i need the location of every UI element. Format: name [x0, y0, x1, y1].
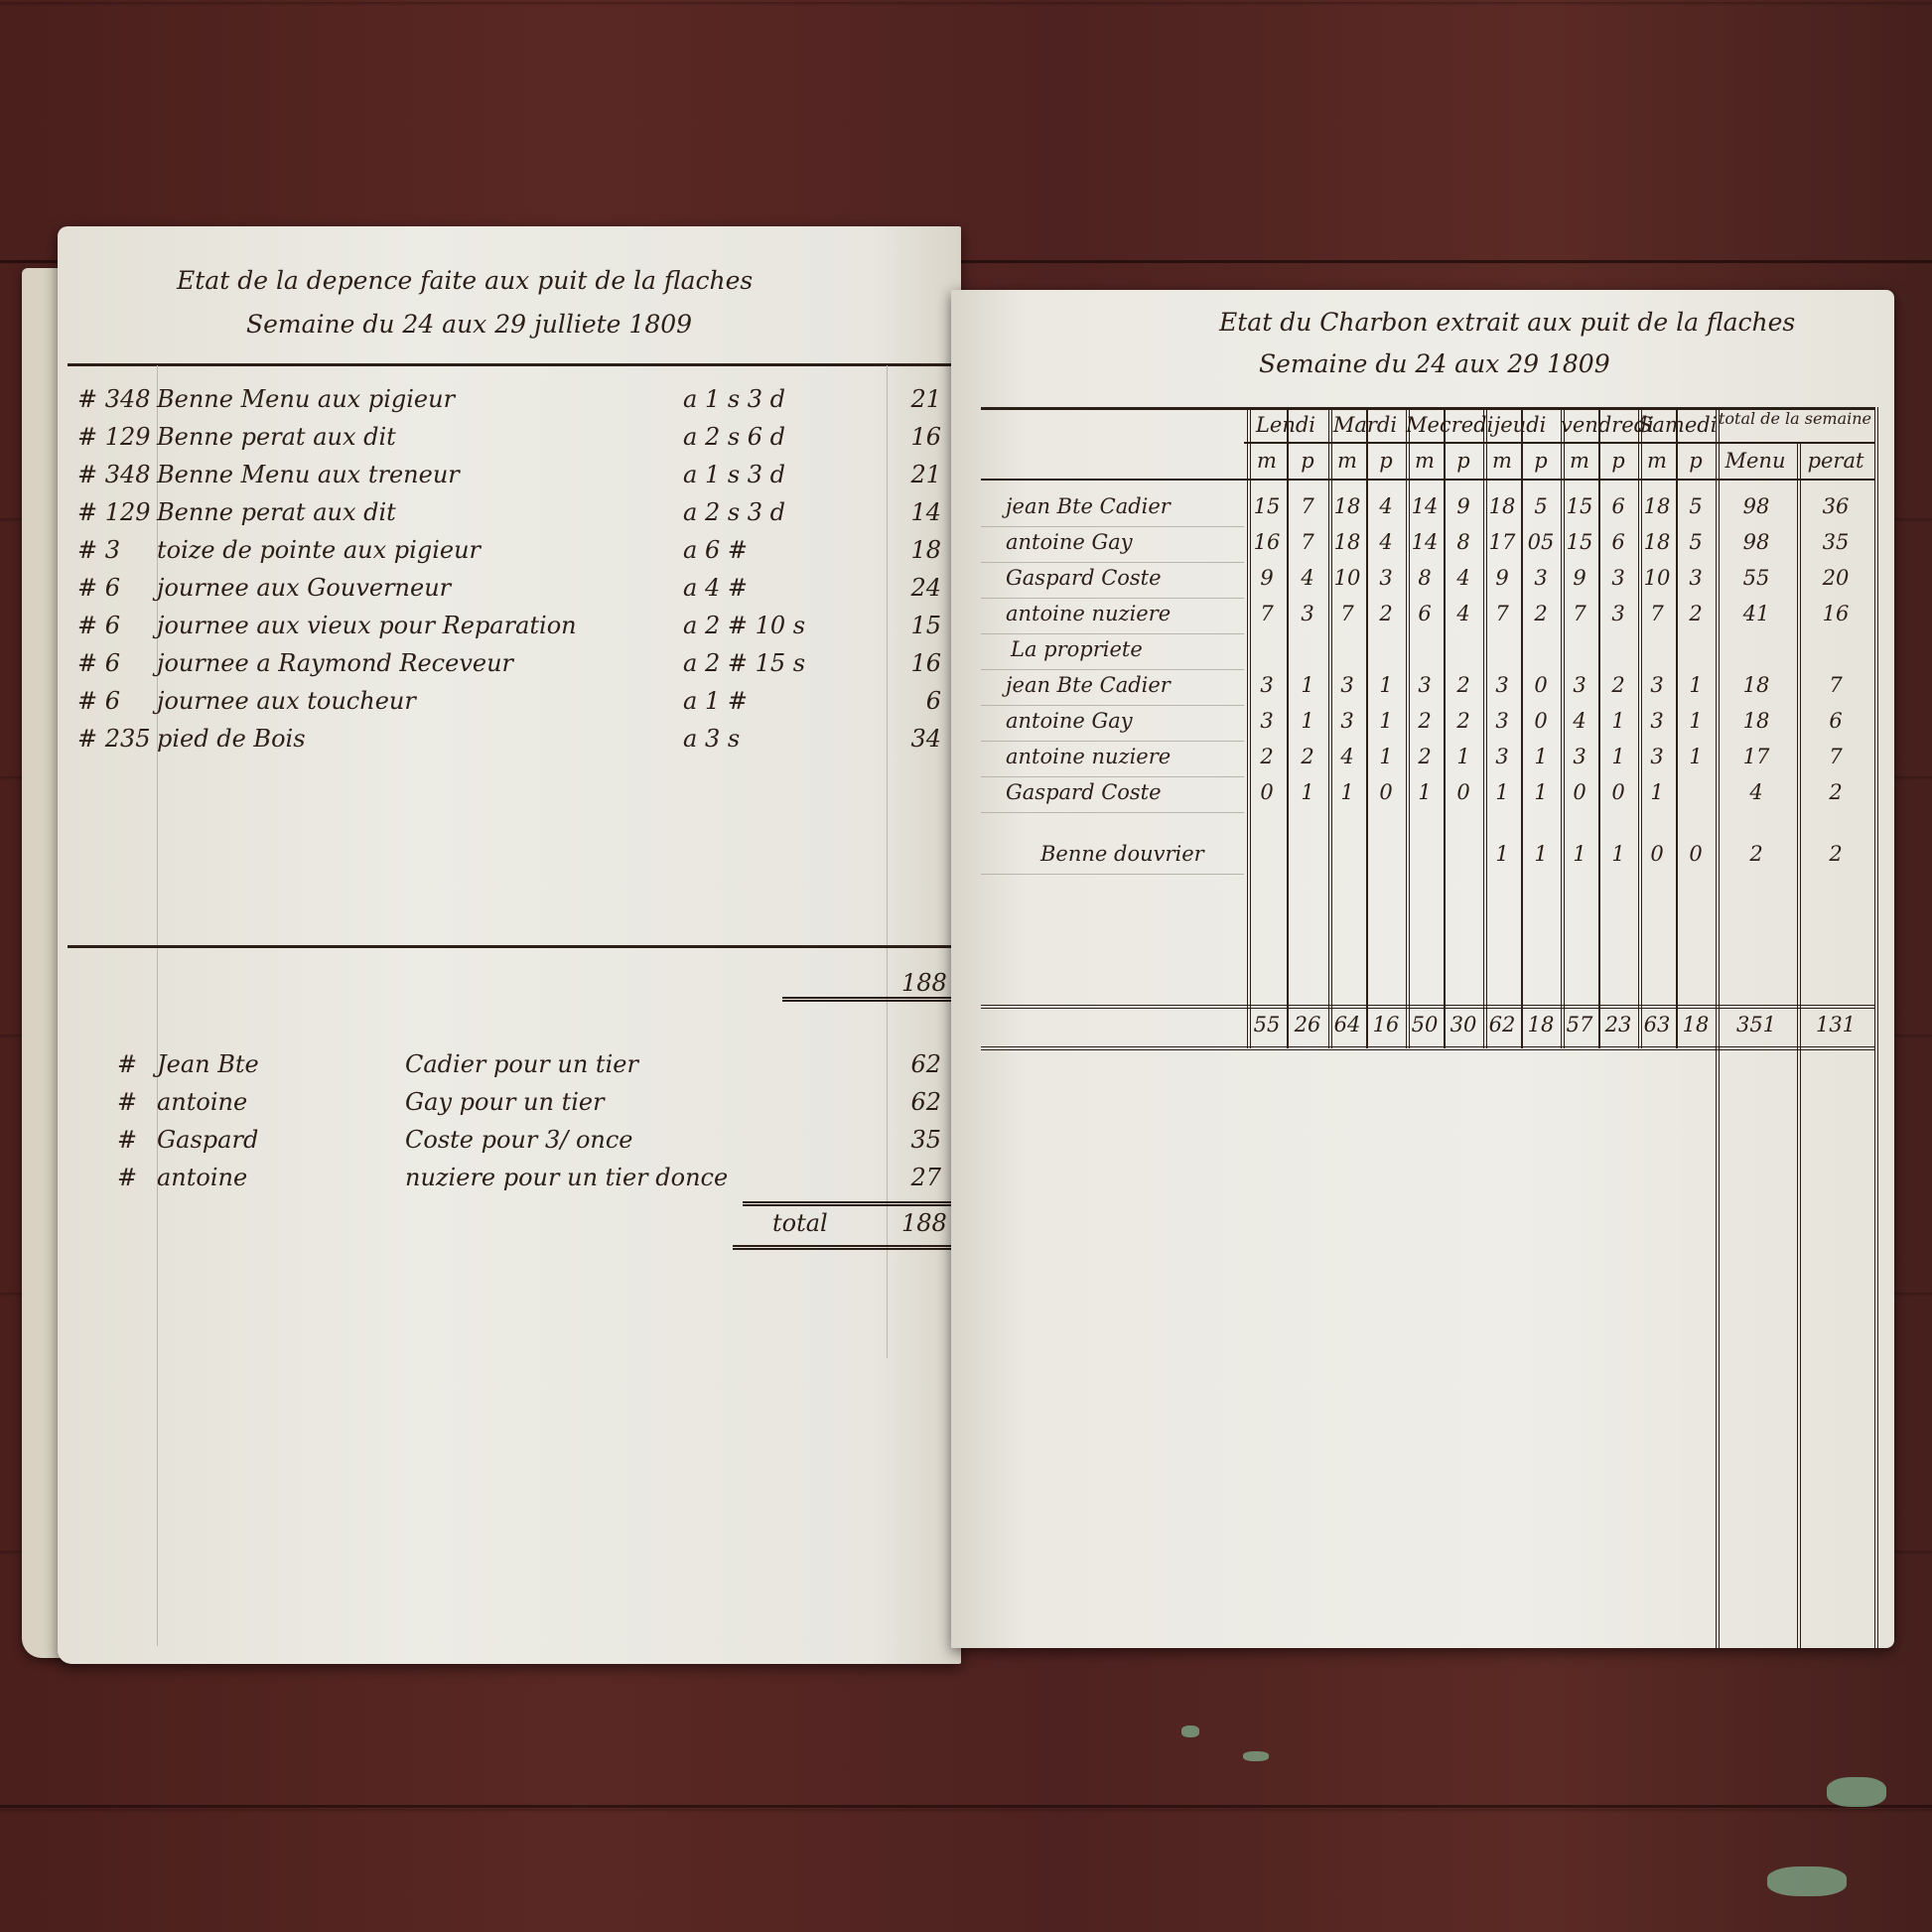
row-total-perat: 2: [1797, 842, 1874, 866]
row-value: 3: [1598, 566, 1638, 590]
row-value: 3: [1328, 673, 1366, 697]
row-value: 15: [1561, 494, 1598, 518]
row-total-menu: 2: [1716, 842, 1797, 866]
entry-row: # 6 journee aux vieux pour Reparation a …: [77, 612, 951, 647]
row-value: 8: [1444, 530, 1483, 554]
entry-desc: journee aux vieux pour Reparation: [157, 612, 577, 639]
row-total-menu: 98: [1716, 494, 1797, 518]
row-value: 0: [1521, 709, 1561, 733]
subheader-m: m: [1561, 449, 1598, 473]
entry-row: # 348 Benne Menu aux pigieur a 1 s 3 d 2…: [77, 385, 951, 421]
paint-fleck: [1827, 1777, 1886, 1807]
row-value: 2: [1287, 745, 1328, 768]
payment-row: # Jean Bte Cadier pour un tier 62 17: [77, 1050, 951, 1086]
entry-rate: a 1 #: [683, 687, 748, 715]
row-name: antoine Gay: [1006, 530, 1133, 554]
row-value: 2: [1598, 673, 1638, 697]
row-value: 2: [1366, 602, 1406, 625]
subtotal-amount: 188: [901, 969, 941, 997]
entry-row: # 6 journee aux Gouverneur a 4 # 24: [77, 574, 951, 610]
subheader-p: p: [1676, 449, 1716, 473]
subheader-m: m: [1328, 449, 1366, 473]
left-page-week: Semaine du 24 aux 29 julliete 1809: [246, 310, 692, 339]
subheader-p: p: [1598, 449, 1638, 473]
entry-qty: # 6: [77, 574, 157, 602]
row-name: La propriete: [1011, 637, 1143, 661]
row-value: 4: [1366, 530, 1406, 554]
row-total-menu: 18: [1716, 709, 1797, 733]
entry-desc: Benne perat aux dit: [157, 423, 396, 451]
row-total-perat: 7: [1797, 745, 1874, 768]
total-amount: 188: [901, 1209, 941, 1237]
row-value: 1: [1287, 673, 1328, 697]
entry-desc: Benne Menu aux pigieur: [157, 385, 455, 413]
payment-first-name: antoine: [157, 1088, 247, 1116]
subheader-m: m: [1483, 449, 1521, 473]
row-rule: [981, 562, 1244, 563]
row-total-menu: 98: [1716, 530, 1797, 554]
row-rule: [981, 705, 1244, 706]
row-value: 18: [1638, 530, 1676, 554]
total-value: 63: [1638, 1013, 1676, 1036]
entry-qty: # 6: [77, 687, 157, 715]
header-bottom-rule: [981, 479, 1874, 481]
row-value: 6: [1598, 530, 1638, 554]
subheader-m: m: [1406, 449, 1444, 473]
row-total-perat: 6: [1797, 709, 1874, 733]
entry-row: # 6 journee aux toucheur a 1 # 6: [77, 687, 951, 723]
header-day-saturday: Samedi: [1638, 413, 1712, 437]
row-value: 2: [1247, 745, 1287, 768]
right-page-week: Semaine du 24 aux 29 1809: [1259, 349, 1610, 378]
total-value: 26: [1287, 1013, 1328, 1036]
row-value: 4: [1561, 709, 1598, 733]
row-total-menu: 4: [1716, 780, 1797, 804]
row-name: Gaspard Coste: [1006, 566, 1162, 590]
row-rule: [981, 741, 1244, 742]
row-value: 3: [1638, 673, 1676, 697]
entry-amount: 6: [901, 687, 941, 715]
row-value: 18: [1328, 494, 1366, 518]
entry-desc: journee aux toucheur: [157, 687, 416, 715]
row-value: 0: [1247, 780, 1287, 804]
entry-rate: a 1 s 3 d: [683, 461, 785, 488]
column-line: [1874, 407, 1878, 1648]
grand-total-perat: 131: [1797, 1013, 1874, 1036]
row-value: 4: [1444, 566, 1483, 590]
wood-plank-seam: [0, 1805, 1932, 1808]
total-value: 30: [1444, 1013, 1483, 1036]
total-value: 55: [1247, 1013, 1287, 1036]
total-value: 50: [1406, 1013, 1444, 1036]
row-total-perat: 35: [1797, 530, 1874, 554]
total-value: 23: [1598, 1013, 1638, 1036]
entry-qty: # 348: [77, 461, 157, 488]
row-value: 6: [1406, 602, 1444, 625]
subheader-p: p: [1444, 449, 1483, 473]
row-value: 0: [1638, 842, 1676, 866]
payment-first-name: Jean Bte: [157, 1050, 259, 1078]
row-value: 8: [1406, 566, 1444, 590]
totals-top-rule: [981, 1005, 1874, 1009]
entry-row: # 235 pied de Bois a 3 s 34 19: [77, 725, 951, 760]
row-value: 7: [1561, 602, 1598, 625]
header-day-thursday: jeudi: [1483, 413, 1557, 437]
row-value: 10: [1638, 566, 1676, 590]
entry-qty: # 129: [77, 498, 157, 526]
entry-amount: 16: [901, 649, 941, 677]
row-value: 5: [1676, 494, 1716, 518]
entry-amount: 15: [901, 612, 941, 639]
row-value: 3: [1483, 709, 1521, 733]
row-value: 0: [1598, 780, 1638, 804]
entry-row: # 129 Benne perat aux dit a 2 s 6 d 16 2: [77, 423, 951, 459]
row-value: 1: [1406, 780, 1444, 804]
total-value: 62: [1483, 1013, 1521, 1036]
row-value: 18: [1483, 494, 1521, 518]
header-week-total: total de la semaine: [1716, 409, 1874, 428]
payment-desc: Gay pour un tier: [405, 1088, 605, 1116]
row-value: 0: [1521, 673, 1561, 697]
row-value: 3: [1638, 745, 1676, 768]
header-day-wednesday: Mecredi: [1406, 413, 1479, 437]
row-value: 1: [1366, 709, 1406, 733]
row-value: 7: [1328, 602, 1366, 625]
row-value: 18: [1638, 494, 1676, 518]
row-value: 9: [1483, 566, 1521, 590]
entry-row: # 129 Benne perat aux dit a 2 s 3 d 14 1…: [77, 498, 951, 534]
payment-row: # antoine nuziere pour un tier donce 27 …: [77, 1164, 951, 1199]
payment-desc: Cadier pour un tier: [405, 1050, 638, 1078]
row-value: 1: [1521, 780, 1561, 804]
row-value: 1: [1598, 842, 1638, 866]
row-value: 1: [1287, 709, 1328, 733]
row-value: 15: [1561, 530, 1598, 554]
row-value: 4: [1444, 602, 1483, 625]
row-value: 3: [1598, 602, 1638, 625]
row-rule: [981, 776, 1244, 777]
right-ledger-page: Etat du Charbon extrait aux puit de la f…: [951, 290, 1894, 1648]
entry-amount: 16: [901, 423, 941, 451]
row-value: 0: [1444, 780, 1483, 804]
row-value: 3: [1247, 673, 1287, 697]
row-name: Gaspard Coste: [1006, 780, 1162, 804]
total-row: total 188 11: [77, 1209, 951, 1245]
right-page-title: Etat du Charbon extrait aux puit de la f…: [1219, 308, 1795, 337]
row-value: 1: [1483, 842, 1521, 866]
row-name: antoine nuziere: [1006, 745, 1171, 768]
entry-row: # 3 toize de pointe aux pigieur a 6 # 18: [77, 536, 951, 572]
subheader-m: m: [1247, 449, 1287, 473]
entry-amount: 18: [901, 536, 941, 564]
row-total-perat: 7: [1797, 673, 1874, 697]
row-total-menu: 41: [1716, 602, 1797, 625]
entry-desc: toize de pointe aux pigieur: [157, 536, 481, 564]
entry-rate: a 1 s 3 d: [683, 385, 785, 413]
row-value: 9: [1561, 566, 1598, 590]
row-value: 14: [1406, 494, 1444, 518]
row-value: 7: [1483, 602, 1521, 625]
total-value: 64: [1328, 1013, 1366, 1036]
row-value: 3: [1483, 673, 1521, 697]
row-value: 1: [1521, 745, 1561, 768]
subtotal-double-rule: [782, 997, 961, 1002]
row-value: 10: [1328, 566, 1366, 590]
row-value: 3: [1247, 709, 1287, 733]
row-value: 1: [1676, 745, 1716, 768]
payment-desc: Coste pour 3/ once: [405, 1126, 633, 1154]
row-value: 3: [1561, 745, 1598, 768]
row-value: 1: [1366, 673, 1406, 697]
entry-amount: 34: [901, 725, 941, 753]
row-value: 2: [1444, 709, 1483, 733]
totals-bottom-rule: [981, 1046, 1874, 1050]
row-value: 1: [1444, 745, 1483, 768]
row-value: 2: [1444, 673, 1483, 697]
subheader-p: p: [1521, 449, 1561, 473]
row-value: 1: [1328, 780, 1366, 804]
payment-desc: nuziere pour un tier donce: [405, 1164, 728, 1191]
row-value: 7: [1287, 494, 1328, 518]
entry-rate: a 6 #: [683, 536, 748, 564]
entry-row: # 6 journee a Raymond Receveur a 2 # 15 …: [77, 649, 951, 685]
row-value: 14: [1406, 530, 1444, 554]
total-value: 18: [1521, 1013, 1561, 1036]
row-value: 2: [1406, 709, 1444, 733]
row-value: 4: [1287, 566, 1328, 590]
row-value: 4: [1366, 494, 1406, 518]
payment-amount: 35: [901, 1126, 941, 1154]
row-name: Benne douvrier: [1040, 842, 1204, 866]
subheader-m: m: [1638, 449, 1676, 473]
row-value: 9: [1247, 566, 1287, 590]
header-menu: Menu: [1716, 449, 1795, 473]
row-value: 2: [1406, 745, 1444, 768]
row-value: 3: [1638, 709, 1676, 733]
total-value: 16: [1366, 1013, 1406, 1036]
entry-rate: a 2 # 10 s: [683, 612, 805, 639]
header-rule: [68, 363, 951, 366]
row-value: 3: [1406, 673, 1444, 697]
row-value: 3: [1483, 745, 1521, 768]
row-total-menu: 18: [1716, 673, 1797, 697]
row-rule: [981, 526, 1244, 527]
row-value: 9: [1444, 494, 1483, 518]
row-value: 3: [1676, 566, 1716, 590]
row-total-menu: 55: [1716, 566, 1797, 590]
row-value: 3: [1521, 566, 1561, 590]
row-value: 5: [1521, 494, 1561, 518]
subheader-p: p: [1287, 449, 1328, 473]
row-value: 1: [1521, 842, 1561, 866]
row-value: 1: [1561, 842, 1598, 866]
row-value: 7: [1287, 530, 1328, 554]
row-value: 1: [1483, 780, 1521, 804]
subheader-rule: [1244, 442, 1874, 444]
row-rule: [981, 669, 1244, 670]
entry-qty: # 6: [77, 612, 157, 639]
row-value: 1: [1638, 780, 1676, 804]
row-value: 1: [1676, 673, 1716, 697]
entry-desc: Benne Menu aux treneur: [157, 461, 460, 488]
row-value: 3: [1366, 566, 1406, 590]
payment-amount: 27: [901, 1164, 941, 1191]
entry-amount: 21: [901, 385, 941, 413]
row-value: 0: [1676, 842, 1716, 866]
paint-fleck: [1243, 1751, 1269, 1761]
row-rule: [981, 812, 1244, 813]
row-name: jean Bte Cadier: [1006, 673, 1171, 697]
total-value: 18: [1676, 1013, 1716, 1036]
total-value: 57: [1561, 1013, 1598, 1036]
row-total-perat: 16: [1797, 602, 1874, 625]
row-value: 7: [1247, 602, 1287, 625]
row-name: jean Bte Cadier: [1006, 494, 1171, 518]
row-total-perat: 20: [1797, 566, 1874, 590]
entry-desc: Benne perat aux dit: [157, 498, 396, 526]
entry-qty: # 129: [77, 423, 157, 451]
row-value: 16: [1247, 530, 1287, 554]
left-page-title: Etat de la depence faite aux puit de la …: [177, 266, 753, 295]
total-top-rule: [743, 1201, 961, 1206]
row-value: 15: [1247, 494, 1287, 518]
row-value: 17: [1483, 530, 1521, 554]
entry-rate: a 2 s 6 d: [683, 423, 785, 451]
row-value: 18: [1328, 530, 1366, 554]
header-perat: perat: [1797, 449, 1874, 473]
row-total-perat: 2: [1797, 780, 1874, 804]
paint-fleck: [1767, 1866, 1847, 1896]
section-rule: [68, 945, 951, 948]
total-label: total: [772, 1209, 828, 1237]
entry-amount: 14: [901, 498, 941, 526]
row-value: 4: [1328, 745, 1366, 768]
entry-qty: # 6: [77, 649, 157, 677]
payment-row: # Gaspard Coste pour 3/ once 35 8: [77, 1126, 951, 1162]
grand-total-menu: 351: [1716, 1013, 1797, 1036]
row-value: 1: [1676, 709, 1716, 733]
row-value: 0: [1366, 780, 1406, 804]
payment-amount: 62: [901, 1050, 941, 1078]
row-value: 7: [1638, 602, 1676, 625]
entry-amount: 21: [901, 461, 941, 488]
row-name: antoine nuziere: [1006, 602, 1171, 625]
header-day-monday: Lendi: [1247, 413, 1324, 437]
row-rule: [981, 874, 1244, 875]
entry-qty: # 235: [77, 725, 157, 753]
row-rule: [981, 633, 1244, 634]
entry-qty: # 3: [77, 536, 157, 564]
header-day-tuesday: Mardi: [1328, 413, 1402, 437]
entry-rate: a 3 s: [683, 725, 740, 753]
row-value: 2: [1521, 602, 1561, 625]
left-ledger-page: Etat de la depence faite aux puit de la …: [58, 226, 961, 1664]
row-value: 1: [1598, 709, 1638, 733]
payment-first-name: antoine: [157, 1164, 247, 1191]
entry-amount: 24: [901, 574, 941, 602]
total-bottom-rule: [733, 1245, 961, 1250]
row-total-menu: 17: [1716, 745, 1797, 768]
entry-rate: a 2 # 15 s: [683, 649, 805, 677]
row-value: 1: [1366, 745, 1406, 768]
entry-row: # 348 Benne Menu aux treneur a 1 s 3 d 2…: [77, 461, 951, 496]
row-value: 05: [1521, 530, 1561, 554]
row-value: 3: [1328, 709, 1366, 733]
payment-row: # antoine Gay pour un tier 62 17: [77, 1088, 951, 1124]
row-value: 2: [1676, 602, 1716, 625]
entry-desc: journee aux Gouverneur: [157, 574, 451, 602]
subheader-p: p: [1366, 449, 1406, 473]
row-value: 1: [1598, 745, 1638, 768]
row-value: 3: [1287, 602, 1328, 625]
entry-desc: pied de Bois: [157, 725, 306, 753]
payment-amount: 62: [901, 1088, 941, 1116]
entry-rate: a 4 #: [683, 574, 748, 602]
row-value: 1: [1287, 780, 1328, 804]
entry-qty: # 348: [77, 385, 157, 413]
row-name: antoine Gay: [1006, 709, 1133, 733]
row-value: 3: [1561, 673, 1598, 697]
row-value: 5: [1676, 530, 1716, 554]
payment-first-name: Gaspard: [157, 1126, 258, 1154]
entry-desc: journee a Raymond Receveur: [157, 649, 513, 677]
entry-rate: a 2 s 3 d: [683, 498, 785, 526]
row-total-perat: 36: [1797, 494, 1874, 518]
row-value: 6: [1598, 494, 1638, 518]
row-value: 0: [1561, 780, 1598, 804]
row-rule: [981, 598, 1244, 599]
paint-fleck: [1181, 1725, 1199, 1737]
